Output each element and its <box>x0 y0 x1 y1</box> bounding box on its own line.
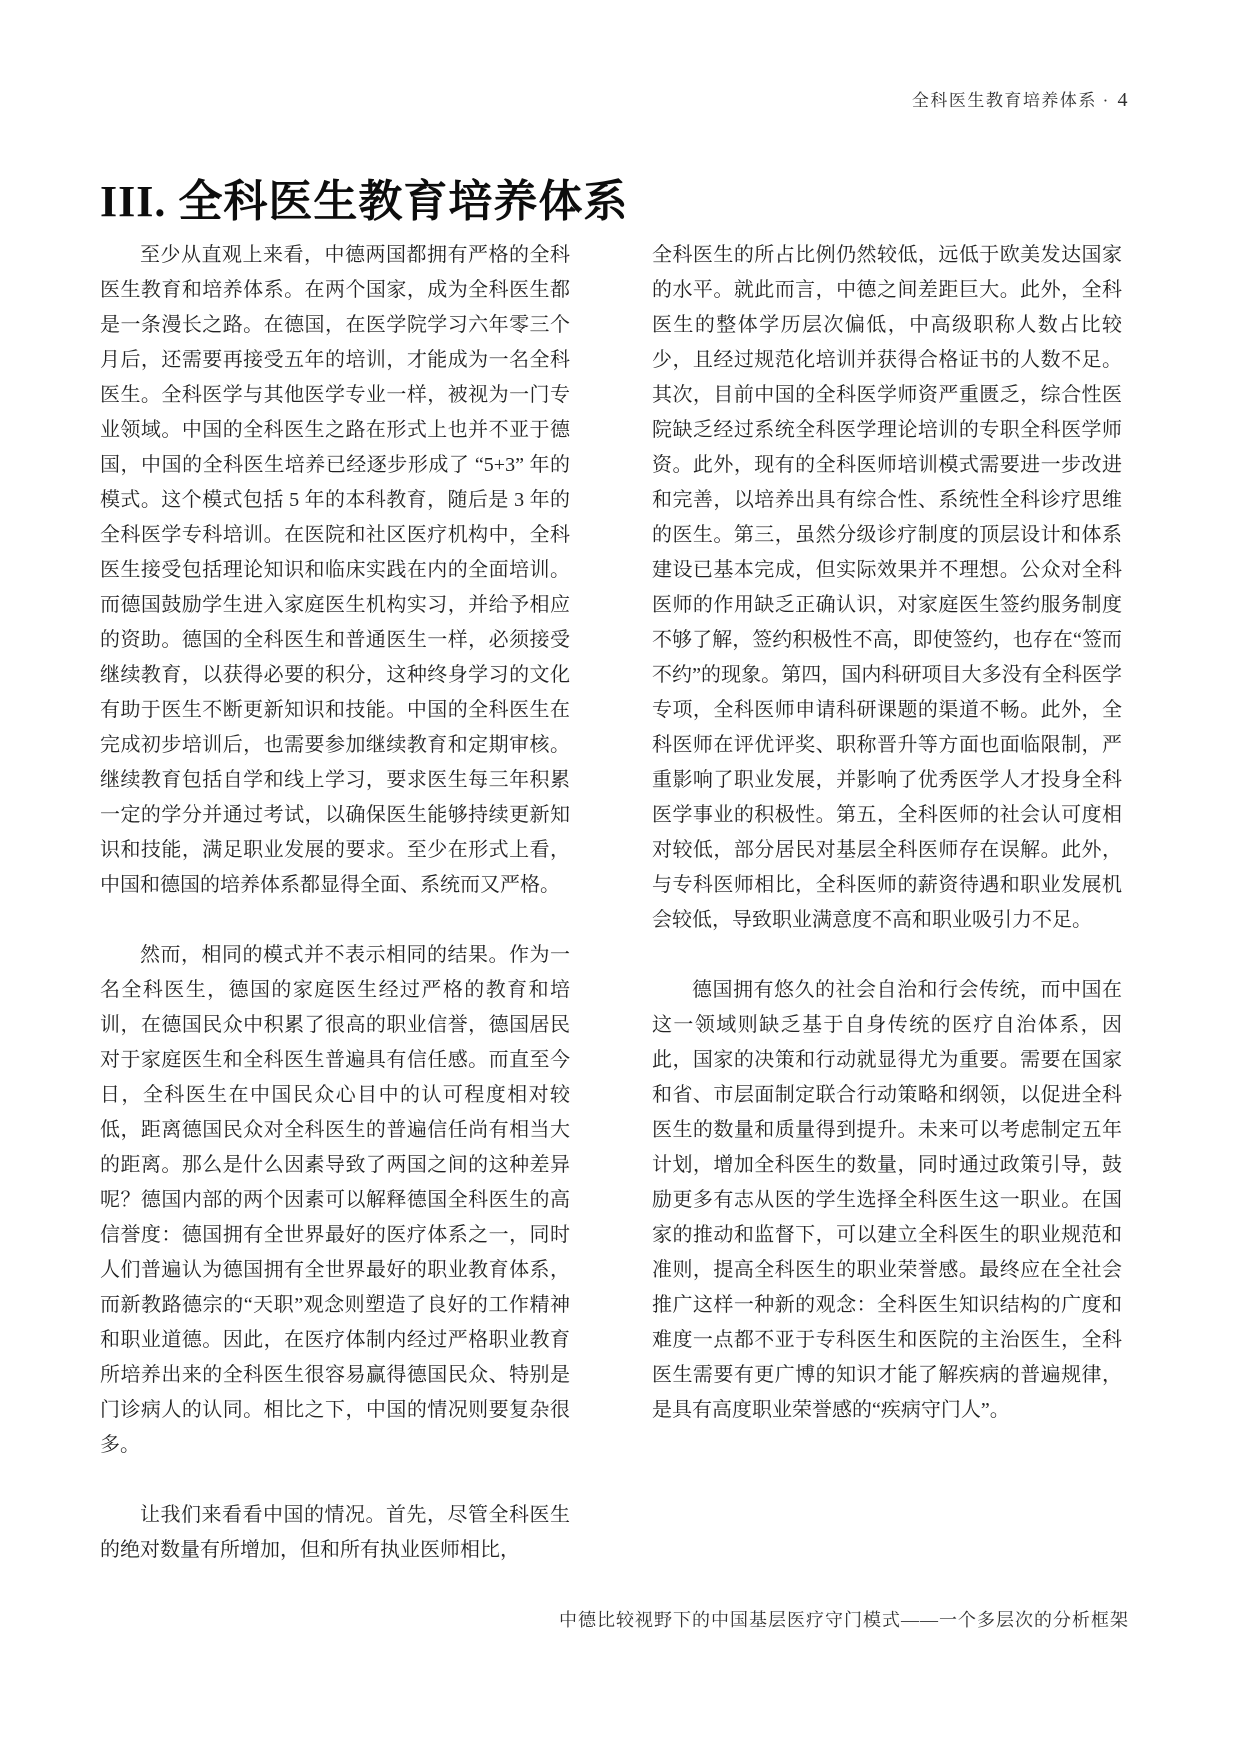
document-footer-title: 中德比较视野下的中国基层医疗守门模式——一个多层次的分析框架 <box>559 1606 1129 1632</box>
paragraph: 让我们来看看中国的情况。首先，尽管全科医生的绝对数量有所增加，但和所有执业医师相… <box>100 1498 570 1568</box>
running-header-section-label: 全科医生教育培养体系 <box>912 91 1097 110</box>
right-column: 全科医生的所占比例仍然较低，远低于欧美发达国家的水平。就此而言，中德之间差距巨大… <box>652 238 1122 1603</box>
left-column: 至少从直观上来看，中德两国都拥有严格的全科医生教育和培养体系。在两个国家，成为全… <box>100 238 570 1603</box>
section-title: III. 全科医生教育培养体系 <box>100 165 628 229</box>
paragraph: 然而，相同的模式并不表示相同的结果。作为一名全科医生，德国的家庭医生经过严格的教… <box>100 938 570 1463</box>
document-page: 全科医生教育培养体系 · 4 III. 全科医生教育培养体系 至少从直观上来看，… <box>0 0 1241 1754</box>
paragraph-continuation: 全科医生的所占比例仍然较低，远低于欧美发达国家的水平。就此而言，中德之间差距巨大… <box>652 238 1122 938</box>
running-header-separator: · <box>1103 91 1110 110</box>
running-header: 全科医生教育培养体系 · 4 <box>912 86 1129 112</box>
page-number: 4 <box>1118 89 1130 111</box>
body-content: 至少从直观上来看，中德两国都拥有严格的全科医生教育和培养体系。在两个国家，成为全… <box>100 238 1122 1603</box>
paragraph: 德国拥有悠久的社会自治和行会传统，而中国在这一领域则缺乏基于自身传统的医疗自治体… <box>652 973 1122 1428</box>
paragraph: 至少从直观上来看，中德两国都拥有严格的全科医生教育和培养体系。在两个国家，成为全… <box>100 238 570 903</box>
